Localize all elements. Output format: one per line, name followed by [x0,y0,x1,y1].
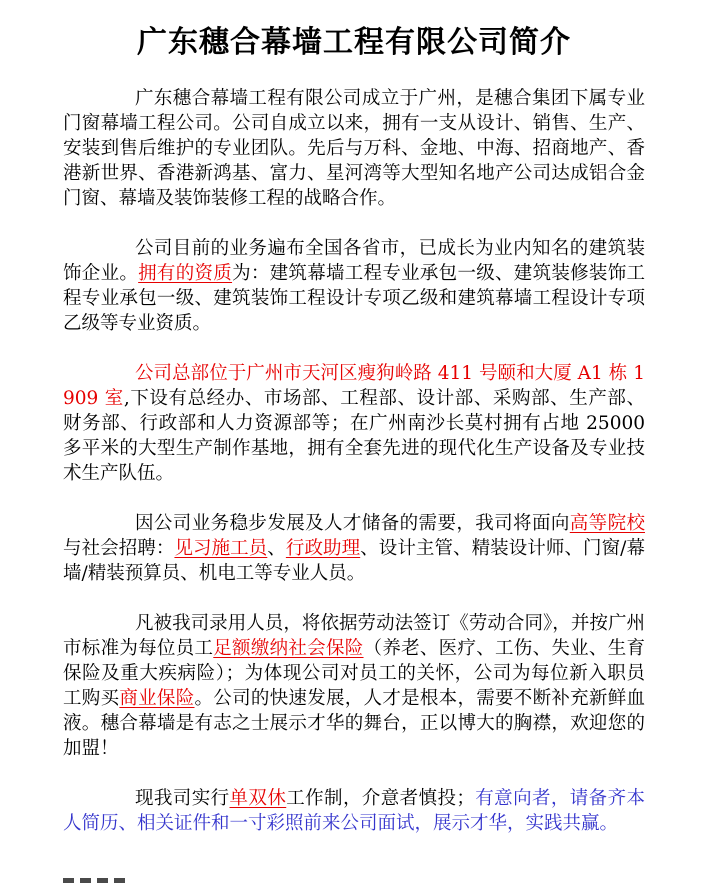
text-run: 足额缴纳社会保险 [213,638,363,659]
text-run: 见习施工员 [174,538,267,559]
paragraph: 公司目前的业务遍布全国各省市，已成长为业内知名的建筑装饰企业。拥有的资质为：建筑… [63,236,645,336]
text-run: 高等院校 [570,513,645,534]
clipped-next-line-fragment [63,878,129,883]
text-run: 拥有的资质 [138,263,232,284]
paragraph: 因公司业务稳步发展及人才储备的需要，我司将面向高等院校与社会招聘：见习施工员、行… [63,511,645,586]
document-body: 广东穗合幕墙工程有限公司成立于广州，是穗合集团下属专业门窗幕墙工程公司。公司自成… [63,86,645,836]
text-run: 行政助理 [286,538,360,559]
document-title: 广东穗合幕墙工程有限公司简介 [63,26,645,60]
text-run: 广东穗合幕墙工程有限公司成立于广州，是穗合集团下属专业门窗幕墙工程公司。公司自成… [63,88,645,209]
text-run: 因公司业务稳步发展及人才储备的需要，我司将面向 [135,513,570,534]
paragraph: 公司总部位于广州市天河区瘦狗岭路 411 号颐和大厦 A1 栋 1909 室,下… [63,361,645,486]
paragraph: 凡被我司录用人员，将依据劳动法签订《劳动合同》，并按广州市标准为每位员工足额缴纳… [63,611,645,761]
text-run: 商业保险 [119,688,194,709]
paragraph: 广东穗合幕墙工程有限公司成立于广州，是穗合集团下属专业门窗幕墙工程公司。公司自成… [63,86,645,211]
text-run: 单双休 [230,788,287,809]
text-run: 与社会招聘： [63,538,174,559]
text-run: 现我司实行 [135,788,230,809]
text-run: 、 [267,538,286,559]
document-page: 广东穗合幕墙工程有限公司简介 广东穗合幕墙工程有限公司成立于广州，是穗合集团下属… [0,0,705,883]
paragraph: 现我司实行单双休工作制，介意者慎投；有意向者，请备齐本人简历、相关证件和一寸彩照… [63,786,645,836]
text-run: ,下设有总经办、市场部、工程部、设计部、采购部、生产部、财务部、行政部和人力资源… [63,388,645,484]
text-run: 工作制，介意者慎投； [286,788,475,809]
